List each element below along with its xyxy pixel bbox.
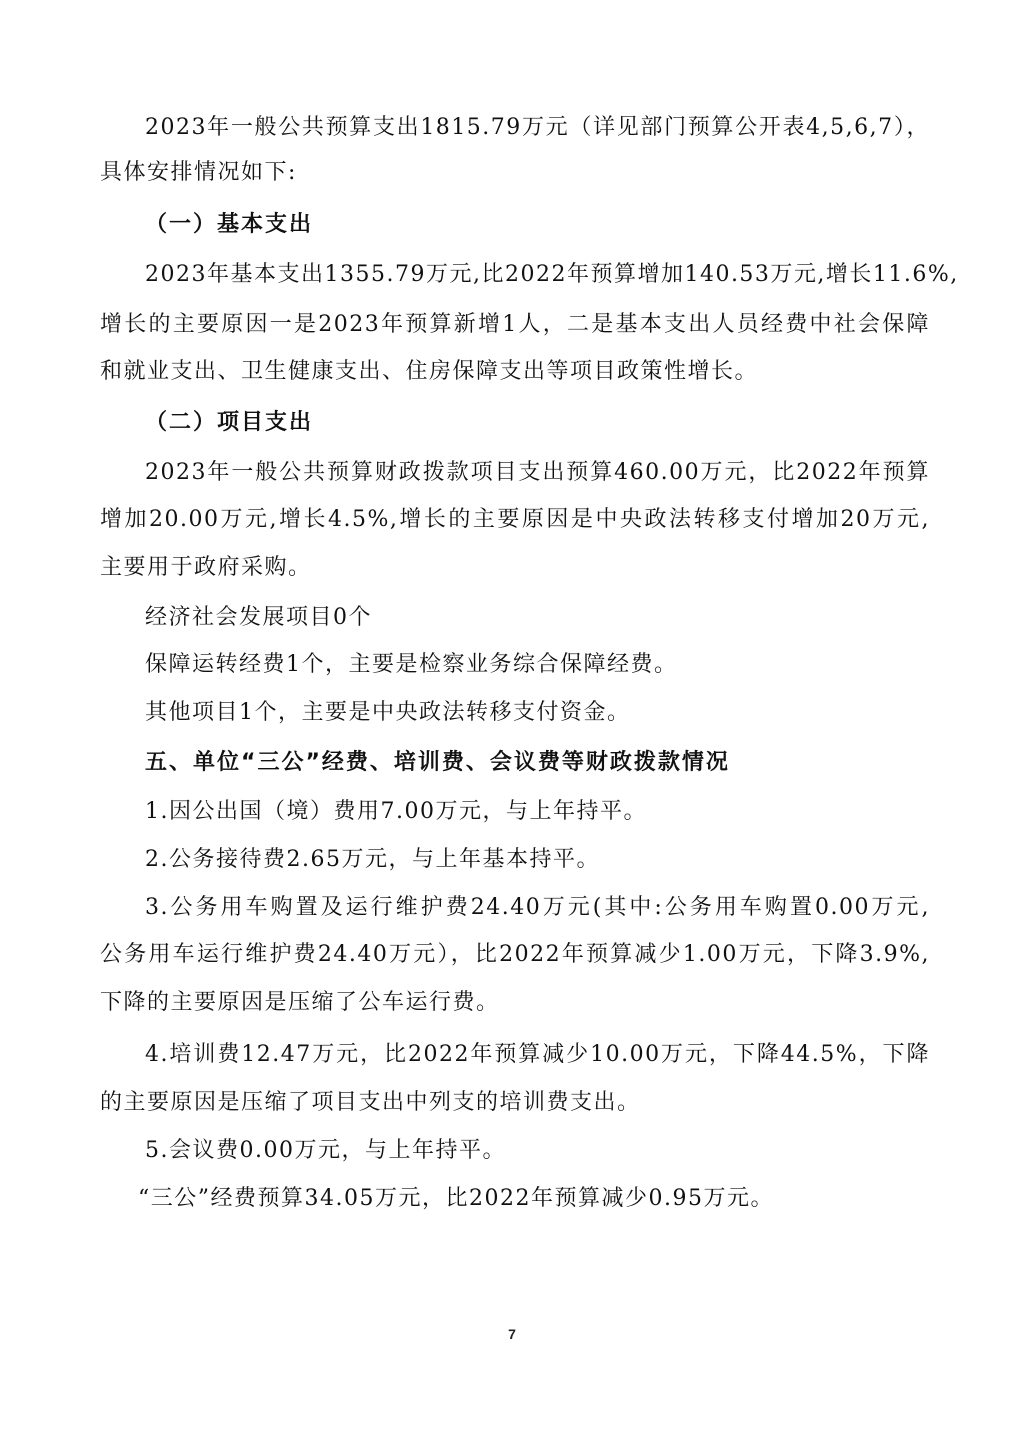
paragraph-basic-line1: 2023年基本支出1355.79万元,比2022年预算增加140.53万元,增长… <box>145 260 930 290</box>
paragraph-project-other: 其他项目1个，主要是中央政法转移支付资金。 <box>145 698 930 728</box>
list-item-vehicle-line2: 公务用车运行维护费24.40万元），比2022年预算减少1.00万元，下降3.9… <box>100 940 930 970</box>
paragraph-project-econ: 经济社会发展项目0个 <box>145 603 930 633</box>
list-item-vehicle-line1: 3.公务用车购置及运行维护费24.40万元(其中:公务用车购置0.00万元, <box>145 893 930 923</box>
list-item-meeting: 5.会议费0.00万元，与上年持平。 <box>145 1136 930 1166</box>
section-heading-basic-expenditure: （一）基本支出 <box>145 210 930 240</box>
paragraph-project-line2: 增加20.00万元,增长4.5%,增长的主要原因是中央政法转移支付增加20万元, <box>100 505 930 535</box>
paragraph-summary: “三公”经费预算34.05万元，比2022年预算减少0.95万元。 <box>138 1184 968 1214</box>
paragraph-basic-line3: 和就业支出、卫生健康支出、住房保障支出等项目政策性增长。 <box>100 357 930 387</box>
paragraph-intro-line2: 具体安排情况如下: <box>100 158 930 188</box>
section-heading-three-public-expenses: 五、单位“三公”经费、培训费、会议费等财政拨款情况 <box>145 748 930 778</box>
list-item-vehicle-line3: 下降的主要原因是压缩了公车运行费。 <box>100 988 930 1018</box>
paragraph-project-line1: 2023年一般公共预算财政拨款项目支出预算460.00万元，比2022年预算 <box>145 458 930 488</box>
list-item-overseas-travel: 1.因公出国（境）费用7.00万元，与上年持平。 <box>145 797 930 827</box>
page-number: 7 <box>0 1326 1024 1342</box>
paragraph-basic-line2: 增长的主要原因一是2023年预算新增1人，二是基本支出人员经费中社会保障 <box>100 310 930 340</box>
list-item-training-line2: 的主要原因是压缩了项目支出中列支的培训费支出。 <box>100 1088 930 1118</box>
document-page: 2023年一般公共预算支出1815.79万元（详见部门预算公开表4,5,6,7）… <box>0 0 1024 1453</box>
paragraph-project-line3: 主要用于政府采购。 <box>100 553 930 583</box>
section-heading-project-expenditure: （二）项目支出 <box>145 408 930 438</box>
paragraph-intro-line1: 2023年一般公共预算支出1815.79万元（详见部门预算公开表4,5,6,7）… <box>145 113 930 143</box>
list-item-reception: 2.公务接待费2.65万元，与上年基本持平。 <box>145 845 930 875</box>
list-item-training-line1: 4.培训费12.47万元，比2022年预算减少10.00万元，下降44.5%，下… <box>145 1040 930 1070</box>
paragraph-project-ops: 保障运转经费1个，主要是检察业务综合保障经费。 <box>145 650 930 680</box>
